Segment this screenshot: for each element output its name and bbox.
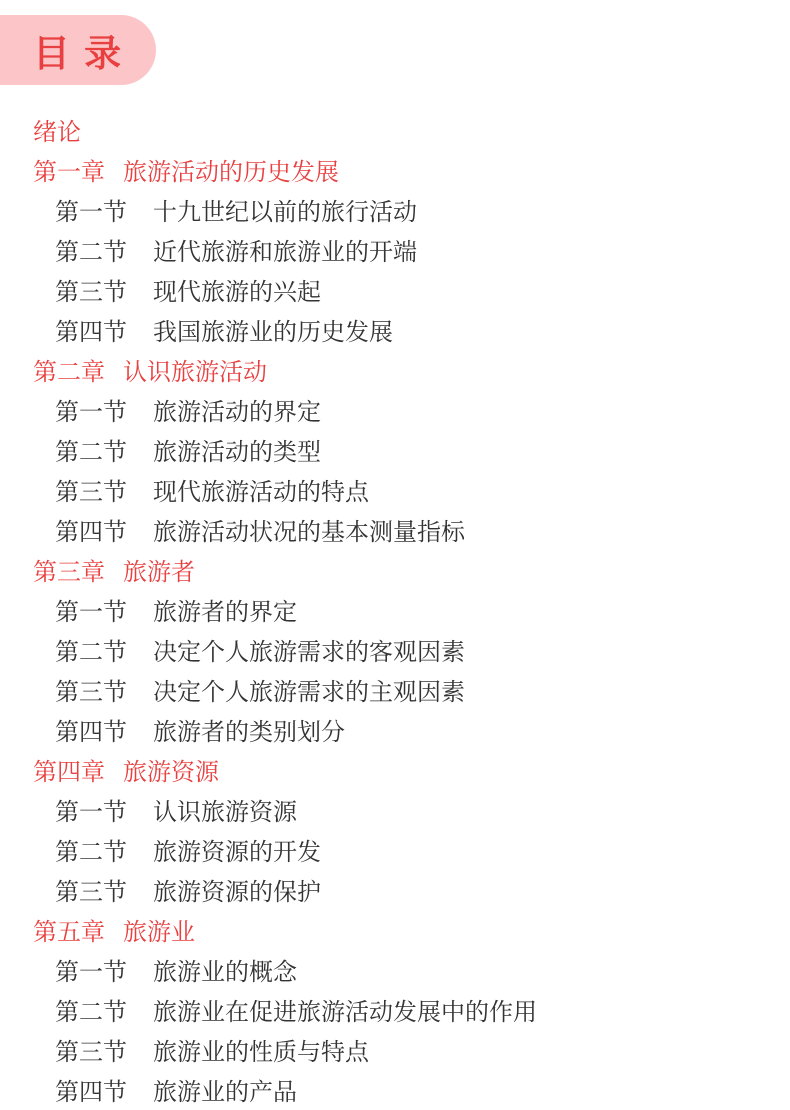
- toc-entry-label: 第五章: [33, 913, 105, 953]
- toc-entry-label: 第二节: [55, 993, 127, 1033]
- toc-entry-section: 第一节 旅游活动的界定: [0, 393, 790, 433]
- toc-entry-label: 第一节: [55, 953, 127, 993]
- toc-entry-section: 第四节 旅游者的类别划分: [0, 713, 790, 753]
- toc-entry-label: 第三节: [55, 273, 127, 313]
- toc-entry-label: 第一章: [33, 153, 105, 193]
- toc-entry-title: 旅游活动的类型: [153, 433, 321, 473]
- toc-entry-section: 第二节 旅游资源的开发: [0, 833, 790, 873]
- toc-entry-chapter: 第四章 旅游资源: [0, 753, 790, 793]
- toc-entry-title: 旅游资源的保护: [153, 873, 321, 913]
- toc-entry-title: 现代旅游的兴起: [153, 273, 321, 313]
- toc-entry-title: 旅游者的界定: [153, 593, 297, 633]
- toc-entry-label: 第一节: [55, 793, 127, 833]
- toc-entry-label: 第二节: [55, 633, 127, 673]
- toc-entry-label: 第四节: [55, 513, 127, 553]
- toc-entry-label: 第二节: [55, 833, 127, 873]
- toc-entry-chapter: 第三章 旅游者: [0, 553, 790, 593]
- toc-entry-title: 旅游活动状况的基本测量指标: [153, 513, 465, 553]
- toc-entry-title: 旅游资源: [123, 753, 219, 793]
- toc-entry-title: 旅游资源的开发: [153, 833, 321, 873]
- toc-entry-label: 第二节: [55, 233, 127, 273]
- toc-entry-label: 第三章: [33, 553, 105, 593]
- toc-entry-label: 第二章: [33, 353, 105, 393]
- toc-entry-title: 旅游业的概念: [153, 953, 297, 993]
- toc-entry-section: 第四节 旅游业的产品: [0, 1073, 790, 1110]
- toc-entry-section: 第三节 现代旅游的兴起: [0, 273, 790, 313]
- toc-entry-title: 决定个人旅游需求的主观因素: [153, 673, 465, 713]
- toc-entry-section: 第二节 旅游活动的类型: [0, 433, 790, 473]
- toc-entry-label: 第二节: [55, 433, 127, 473]
- toc-entry-title: 旅游业的性质与特点: [153, 1033, 369, 1073]
- toc-entry-chapter: 第二章 认识旅游活动: [0, 353, 790, 393]
- toc-entry-title: 十九世纪以前的旅行活动: [153, 193, 417, 233]
- toc-entry-title: 旅游业在促进旅游活动发展中的作用: [153, 993, 537, 1033]
- toc-entry-title: 旅游业: [123, 913, 195, 953]
- toc-entry-title: 旅游活动的历史发展: [123, 153, 339, 193]
- toc-entry-title: 近代旅游和旅游业的开端: [153, 233, 417, 273]
- toc-entry-label: 第四节: [55, 1073, 127, 1110]
- toc-entry-chapter: 第五章 旅游业: [0, 913, 790, 953]
- toc-entry-chapter: 绪论: [0, 113, 790, 153]
- toc-entry-section: 第二节 决定个人旅游需求的客观因素: [0, 633, 790, 673]
- toc-entry-title: 旅游活动的界定: [153, 393, 321, 433]
- toc-entry-title: 认识旅游资源: [153, 793, 297, 833]
- toc-entry-title: 我国旅游业的历史发展: [153, 313, 393, 353]
- toc-entry-title: 现代旅游活动的特点: [153, 473, 369, 513]
- toc-entry-title: 认识旅游活动: [123, 353, 267, 393]
- toc-header-badge: 目 录: [0, 15, 156, 85]
- toc-entry-section: 第四节 旅游活动状况的基本测量指标: [0, 513, 790, 553]
- toc-entry-label: 绪论: [33, 113, 81, 153]
- toc-entry-section: 第三节 决定个人旅游需求的主观因素: [0, 673, 790, 713]
- toc-list: 绪论 第一章 旅游活动的历史发展 第一节 十九世纪以前的旅行活动 第二节 近代旅…: [0, 113, 790, 1110]
- toc-entry-section: 第二节 近代旅游和旅游业的开端: [0, 233, 790, 273]
- toc-entry-section: 第三节 旅游业的性质与特点: [0, 1033, 790, 1073]
- toc-entry-label: 第三节: [55, 673, 127, 713]
- toc-entry-section: 第二节 旅游业在促进旅游活动发展中的作用: [0, 993, 790, 1033]
- toc-entry-label: 第一节: [55, 593, 127, 633]
- toc-header-label: 目 录: [33, 23, 123, 77]
- toc-entry-chapter: 第一章 旅游活动的历史发展: [0, 153, 790, 193]
- toc-entry-section: 第四节 我国旅游业的历史发展: [0, 313, 790, 353]
- toc-entry-title: 旅游者: [123, 553, 195, 593]
- toc-entry-label: 第四节: [55, 313, 127, 353]
- toc-entry-title: 旅游者的类别划分: [153, 713, 345, 753]
- toc-entry-label: 第四章: [33, 753, 105, 793]
- toc-entry-section: 第三节 现代旅游活动的特点: [0, 473, 790, 513]
- toc-entry-label: 第一节: [55, 393, 127, 433]
- toc-entry-label: 第三节: [55, 473, 127, 513]
- toc-entry-section: 第一节 十九世纪以前的旅行活动: [0, 193, 790, 233]
- toc-entry-label: 第四节: [55, 713, 127, 753]
- toc-entry-title: 旅游业的产品: [153, 1073, 297, 1110]
- toc-entry-section: 第一节 认识旅游资源: [0, 793, 790, 833]
- toc-entry-label: 第三节: [55, 1033, 127, 1073]
- toc-entry-label: 第三节: [55, 873, 127, 913]
- toc-entry-section: 第三节 旅游资源的保护: [0, 873, 790, 913]
- toc-entry-label: 第一节: [55, 193, 127, 233]
- toc-entry-title: 决定个人旅游需求的客观因素: [153, 633, 465, 673]
- toc-entry-section: 第一节 旅游业的概念: [0, 953, 790, 993]
- toc-entry-section: 第一节 旅游者的界定: [0, 593, 790, 633]
